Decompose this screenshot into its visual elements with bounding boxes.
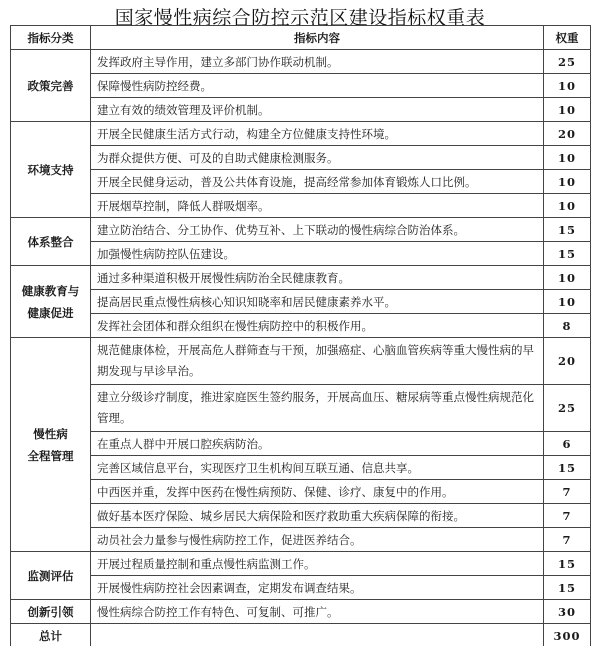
content-cell: 做好基本医疗保险、城乡居民大病保险和医疗救助重大疾病保障的衔接。: [91, 504, 544, 528]
total-content: [91, 624, 544, 646]
weight-cell: 15: [544, 242, 591, 266]
indicator-weight-table: 指标分类 指标内容 权重 政策完善 发挥政府主导作用，建立多部门协作联动机制。 …: [10, 25, 591, 646]
content-cell: 开展慢性病防控社会因素调查，定期发布调查结果。: [91, 576, 544, 600]
table-row: 建立有效的绩效管理及评价机制。 10: [11, 98, 591, 122]
weight-cell: 6: [544, 432, 591, 456]
table-row: 做好基本医疗保险、城乡居民大病保险和医疗救助重大疾病保障的衔接。 7: [11, 504, 591, 528]
category-line: 慢性病: [17, 423, 84, 445]
table-row: 健康教育与 健康促进 通过多种渠道积极开展慢性病防治全民健康教育。 10: [11, 266, 591, 290]
header-content: 指标内容: [91, 26, 544, 50]
weight-cell: 15: [544, 456, 591, 480]
table-row: 建立分级诊疗制度，推进家庭医生签约服务，开展高血压、糖尿病等重点慢性病规范化管理…: [11, 385, 591, 432]
header-row: 指标分类 指标内容 权重: [11, 26, 591, 50]
content-cell: 开展过程质量控制和重点慢性病监测工作。: [91, 552, 544, 576]
content-cell: 为群众提供方便、可及的自助式健康检测服务。: [91, 146, 544, 170]
total-label: 总计: [11, 624, 91, 646]
table-row: 慢性病 全程管理 规范健康体检，开展高危人群筛查与干预，加强癌症、心脑血管疾病等…: [11, 338, 591, 385]
table-row: 开展烟草控制，降低人群吸烟率。 10: [11, 194, 591, 218]
content-cell: 开展全民健身运动，普及公共体育设施，提高经常参加体育锻炼人口比例。: [91, 170, 544, 194]
table-row: 保障慢性病防控经费。 10: [11, 74, 591, 98]
content-cell: 中西医并重，发挥中医药在慢性病预防、保健、诊疗、康复中的作用。: [91, 480, 544, 504]
content-cell: 开展全民健康生活方式行动，构建全方位健康支持性环境。: [91, 122, 544, 146]
content-cell: 建立有效的绩效管理及评价机制。: [91, 98, 544, 122]
table-row: 环境支持 开展全民健康生活方式行动，构建全方位健康支持性环境。 20: [11, 122, 591, 146]
table-row: 中西医并重，发挥中医药在慢性病预防、保健、诊疗、康复中的作用。 7: [11, 480, 591, 504]
total-row: 总计 300: [11, 624, 591, 646]
content-cell: 加强慢性病防控队伍建设。: [91, 242, 544, 266]
content-cell: 发挥政府主导作用，建立多部门协作联动机制。: [91, 50, 544, 74]
weight-cell: 8: [544, 314, 591, 338]
table-row: 动员社会力量参与慢性病防控工作，促进医养结合。 7: [11, 528, 591, 552]
category-cell: 慢性病 全程管理: [11, 338, 91, 552]
weight-cell: 7: [544, 480, 591, 504]
header-weight: 权重: [544, 26, 591, 50]
weight-cell: 10: [544, 146, 591, 170]
weight-cell: 10: [544, 266, 591, 290]
content-cell: 保障慢性病防控经费。: [91, 74, 544, 98]
weight-cell: 10: [544, 98, 591, 122]
weight-cell: 25: [544, 50, 591, 74]
weight-cell: 15: [544, 552, 591, 576]
content-cell: 动员社会力量参与慢性病防控工作，促进医养结合。: [91, 528, 544, 552]
total-weight: 300: [544, 624, 591, 646]
category-line: 健康教育与: [17, 280, 84, 302]
category-cell: 体系整合: [11, 218, 91, 266]
table-row: 体系整合 建立防治结合、分工协作、优势互补、上下联动的慢性病综合防治体系。 15: [11, 218, 591, 242]
table-row: 提高居民重点慢性病核心知识知晓率和居民健康素养水平。 10: [11, 290, 591, 314]
category-cell: 环境支持: [11, 122, 91, 218]
category-cell: 监测评估: [11, 552, 91, 600]
weight-cell: 15: [544, 576, 591, 600]
content-cell: 完善区域信息平台，实现医疗卫生机构间互联互通、信息共享。: [91, 456, 544, 480]
category-cell: 创新引领: [11, 600, 91, 624]
table-row: 在重点人群中开展口腔疾病防治。 6: [11, 432, 591, 456]
content-cell: 发挥社会团体和群众组织在慢性病防控中的积极作用。: [91, 314, 544, 338]
table-row: 创新引领 慢性病综合防控工作有特色、可复制、可推广。 30: [11, 600, 591, 624]
weight-cell: 20: [544, 338, 591, 385]
category-cell: 政策完善: [11, 50, 91, 122]
table-row: 完善区域信息平台，实现医疗卫生机构间互联互通、信息共享。 15: [11, 456, 591, 480]
table-row: 为群众提供方便、可及的自助式健康检测服务。 10: [11, 146, 591, 170]
table-row: 开展全民健身运动，普及公共体育设施，提高经常参加体育锻炼人口比例。 10: [11, 170, 591, 194]
content-cell: 规范健康体检，开展高危人群筛查与干预，加强癌症、心脑血管疾病等重大慢性病的早期发…: [91, 338, 544, 385]
content-cell: 通过多种渠道积极开展慢性病防治全民健康教育。: [91, 266, 544, 290]
content-cell: 在重点人群中开展口腔疾病防治。: [91, 432, 544, 456]
weight-cell: 15: [544, 218, 591, 242]
table-row: 开展慢性病防控社会因素调查，定期发布调查结果。 15: [11, 576, 591, 600]
content-cell: 提高居民重点慢性病核心知识知晓率和居民健康素养水平。: [91, 290, 544, 314]
weight-cell: 10: [544, 290, 591, 314]
content-cell: 建立分级诊疗制度，推进家庭医生签约服务，开展高血压、糖尿病等重点慢性病规范化管理…: [91, 385, 544, 432]
table-row: 加强慢性病防控队伍建设。 15: [11, 242, 591, 266]
weight-cell: 7: [544, 528, 591, 552]
content-cell: 建立防治结合、分工协作、优势互补、上下联动的慢性病综合防治体系。: [91, 218, 544, 242]
header-category: 指标分类: [11, 26, 91, 50]
weight-cell: 10: [544, 74, 591, 98]
weight-cell: 20: [544, 122, 591, 146]
category-cell: 健康教育与 健康促进: [11, 266, 91, 338]
category-line: 全程管理: [17, 445, 84, 467]
weight-cell: 10: [544, 194, 591, 218]
content-cell: 开展烟草控制，降低人群吸烟率。: [91, 194, 544, 218]
table-row: 监测评估 开展过程质量控制和重点慢性病监测工作。 15: [11, 552, 591, 576]
table-row: 政策完善 发挥政府主导作用，建立多部门协作联动机制。 25: [11, 50, 591, 74]
category-line: 健康促进: [17, 302, 84, 324]
table-row: 发挥社会团体和群众组织在慢性病防控中的积极作用。 8: [11, 314, 591, 338]
weight-cell: 7: [544, 504, 591, 528]
content-cell: 慢性病综合防控工作有特色、可复制、可推广。: [91, 600, 544, 624]
weight-cell: 10: [544, 170, 591, 194]
weight-cell: 30: [544, 600, 591, 624]
weight-cell: 25: [544, 385, 591, 432]
